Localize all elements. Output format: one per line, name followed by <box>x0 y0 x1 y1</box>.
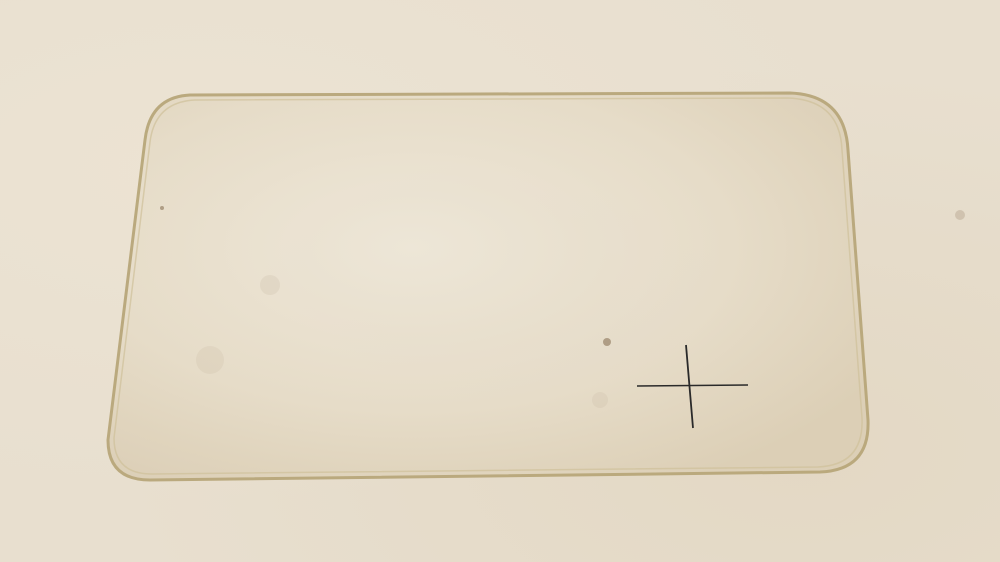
fabric-background <box>0 0 1000 562</box>
rounded-patch <box>0 0 1000 562</box>
